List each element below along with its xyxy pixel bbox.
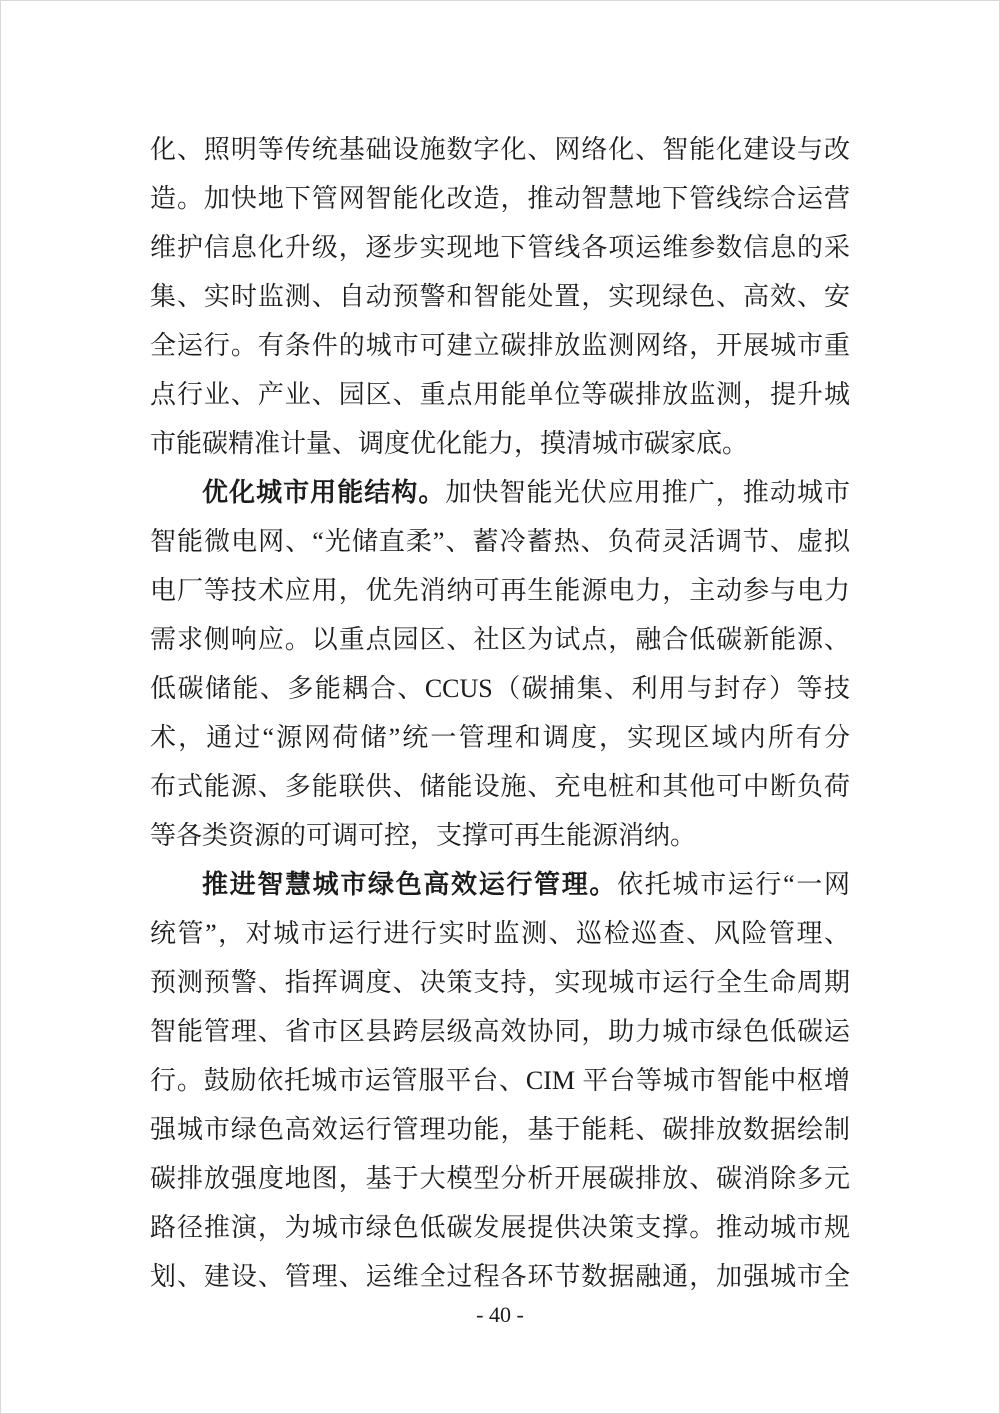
text-line: 等各类资源的可调可控，支撑可再生能源消纳。 <box>150 811 850 860</box>
text-line: 点行业、产业、园区、重点用能单位等碳排放监测，提升城 <box>150 370 850 419</box>
paragraph-text: 等各类资源的可调可控，支撑可再生能源消纳。 <box>150 821 696 850</box>
text-line: 碳排放强度地图，基于大模型分析开展碳排放、碳消除多元 <box>150 1154 850 1203</box>
paragraph-text: 造。加快地下管网智能化改造，推动智慧地下管线综合运营 <box>150 184 850 213</box>
paragraph-text: 术，通过“源网荷储”统一管理和调度，实现区域内所有分 <box>150 723 850 752</box>
text-line: 行。鼓励依托城市运管服平台、CIM 平台等城市智能中枢增 <box>150 1056 850 1105</box>
text-line: 智能管理、省市区县跨层级高效协同，助力城市绿色低碳运 <box>150 1007 850 1056</box>
document-page: 化、照明等传统基础设施数字化、网络化、智能化建设与改造。加快地下管网智能化改造，… <box>0 0 1000 1414</box>
paragraph-text: 智能微电网、“光储直柔”、蓄冷蓄热、负荷灵活调节、虚拟 <box>150 527 850 556</box>
paragraph-text: 需求侧响应。以重点园区、社区为试点，融合低碳新能源、 <box>150 625 850 654</box>
text-line: 推进智慧城市绿色高效运行管理。依托城市运行“一网 <box>150 860 850 909</box>
paragraph-text: 依托城市运行“一网 <box>617 870 850 899</box>
page-number: - 40 - <box>0 1300 1000 1330</box>
text-line: 路径推演，为城市绿色低碳发展提供决策支撑。推动城市规 <box>150 1203 850 1252</box>
paragraph-text: 路径推演，为城市绿色低碳发展提供决策支撑。推动城市规 <box>150 1213 850 1242</box>
paragraph-text: 行。鼓励依托城市运管服平台、CIM 平台等城市智能中枢增 <box>150 1066 850 1095</box>
paragraph-text: 布式能源、多能联供、储能设施、充电桩和其他可中断负荷 <box>150 772 850 801</box>
text-line: 维护信息化升级，逐步实现地下管线各项运维参数信息的采 <box>150 223 850 272</box>
text-line: 市能碳精准计量、调度优化能力，摸清城市碳家底。 <box>150 419 850 468</box>
paragraph-text: 碳排放强度地图，基于大模型分析开展碳排放、碳消除多元 <box>150 1164 850 1193</box>
text-line: 术，通过“源网荷储”统一管理和调度，实现区域内所有分 <box>150 713 850 762</box>
text-line: 智能微电网、“光储直柔”、蓄冷蓄热、负荷灵活调节、虚拟 <box>150 517 850 566</box>
paragraph-text: 划、建设、管理、运维全过程各环节数据融通，加强城市全 <box>150 1262 850 1291</box>
text-line: 强城市绿色高效运行管理功能，基于能耗、碳排放数据绘制 <box>150 1105 850 1154</box>
paragraph-text: 预测预警、指挥调度、决策支持，实现城市运行全生命周期 <box>150 968 850 997</box>
paragraph-text: 点行业、产业、园区、重点用能单位等碳排放监测，提升城 <box>150 380 850 409</box>
text-line: 预测预警、指挥调度、决策支持，实现城市运行全生命周期 <box>150 958 850 1007</box>
text-line: 优化城市用能结构。加快智能光伏应用推广，推动城市 <box>150 468 850 517</box>
paragraph-text: 市能碳精准计量、调度优化能力，摸清城市碳家底。 <box>150 429 748 458</box>
paragraph-text: 全运行。有条件的城市可建立碳排放监测网络，开展城市重 <box>150 331 850 360</box>
text-line: 划、建设、管理、运维全过程各环节数据融通，加强城市全 <box>150 1252 850 1301</box>
text-line: 电厂等技术应用，优先消纳可再生能源电力，主动参与电力 <box>150 566 850 615</box>
text-line: 全运行。有条件的城市可建立碳排放监测网络，开展城市重 <box>150 321 850 370</box>
paragraph-lead-heading: 推进智慧城市绿色高效运行管理。 <box>202 869 617 899</box>
paragraph-text: 强城市绿色高效运行管理功能，基于能耗、碳排放数据绘制 <box>150 1115 850 1144</box>
paragraph-text: 统管”，对城市运行进行实时监测、巡检巡查、风险管理、 <box>150 919 850 948</box>
paragraph-text: 电厂等技术应用，优先消纳可再生能源电力，主动参与电力 <box>150 576 850 605</box>
paragraph-text: 维护信息化升级，逐步实现地下管线各项运维参数信息的采 <box>150 233 850 262</box>
text-line: 需求侧响应。以重点园区、社区为试点，融合低碳新能源、 <box>150 615 850 664</box>
paragraph-text: 智能管理、省市区县跨层级高效协同，助力城市绿色低碳运 <box>150 1017 850 1046</box>
body-text: 化、照明等传统基础设施数字化、网络化、智能化建设与改造。加快地下管网智能化改造，… <box>150 125 850 1301</box>
paragraph-text: 化、照明等传统基础设施数字化、网络化、智能化建设与改 <box>150 135 850 164</box>
text-line: 集、实时监测、自动预警和智能处置，实现绿色、高效、安 <box>150 272 850 321</box>
paragraph-text: 加快智能光伏应用推广，推动城市 <box>445 478 850 507</box>
text-line: 造。加快地下管网智能化改造，推动智慧地下管线综合运营 <box>150 174 850 223</box>
paragraph-text: 集、实时监测、自动预警和智能处置，实现绿色、高效、安 <box>150 282 850 311</box>
paragraph-lead-heading: 优化城市用能结构。 <box>202 477 445 507</box>
text-line: 布式能源、多能联供、储能设施、充电桩和其他可中断负荷 <box>150 762 850 811</box>
text-line: 低碳储能、多能耦合、CCUS（碳捕集、利用与封存）等技 <box>150 664 850 713</box>
text-line: 化、照明等传统基础设施数字化、网络化、智能化建设与改 <box>150 125 850 174</box>
text-line: 统管”，对城市运行进行实时监测、巡检巡查、风险管理、 <box>150 909 850 958</box>
paragraph-text: 低碳储能、多能耦合、CCUS（碳捕集、利用与封存）等技 <box>150 674 850 703</box>
